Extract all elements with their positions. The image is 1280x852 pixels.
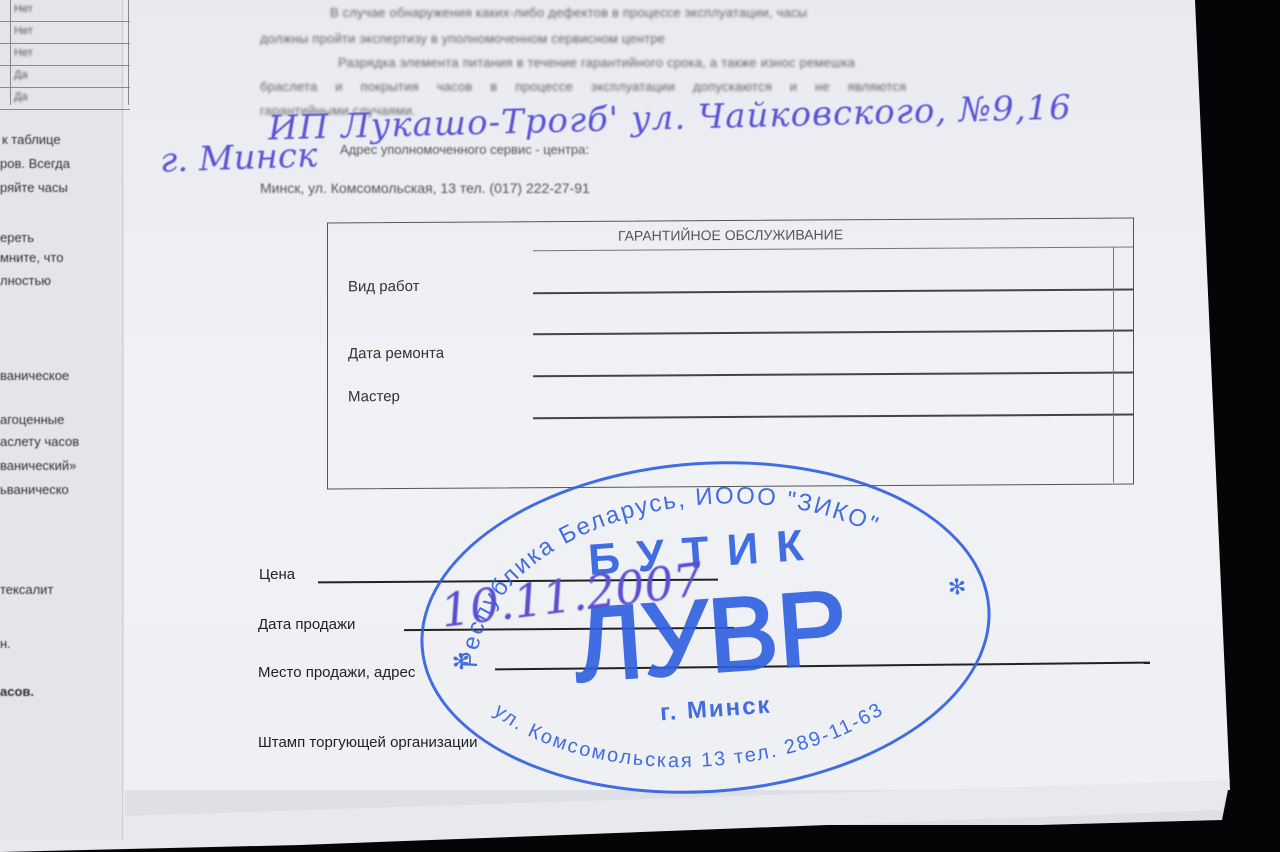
left-text: к таблице bbox=[2, 132, 61, 147]
left-text: ереть bbox=[0, 230, 34, 245]
table-row: Да bbox=[0, 88, 130, 110]
warranty-service-box: ГАРАНТИЙНОЕ ОБСЛУЖИВАНИЕ Вид работ Дата … bbox=[327, 218, 1134, 490]
stamp-asterisk-icon: ✻ bbox=[947, 574, 967, 600]
repair-date-label: Дата ремонта bbox=[348, 345, 444, 363]
paragraph-text: должны пройти экспертизу в уполномоченно… bbox=[260, 31, 665, 46]
left-text: ьваническо bbox=[0, 482, 69, 497]
service-center-address: Минск, ул. Комсомольская, 13 тел. (017) … bbox=[260, 180, 590, 196]
work-type-label: Вид работ bbox=[348, 278, 419, 295]
paragraph-text: В случае обнаружения каких-либо дефектов… bbox=[330, 5, 807, 20]
work-type-line[interactable] bbox=[533, 289, 1133, 294]
table-row: Нет bbox=[0, 22, 130, 44]
left-text: ряйте часы bbox=[0, 180, 68, 195]
handwritten-city: г. Минск bbox=[159, 135, 318, 180]
photo-scene: Нет Нет Нет Да Да к таблице ров. Всегда … bbox=[0, 0, 1280, 852]
sale-date-label: Дата продажи bbox=[258, 616, 355, 633]
left-text: аслету часов bbox=[0, 434, 79, 449]
left-text: ваническое bbox=[0, 368, 69, 383]
box-divider bbox=[533, 247, 1133, 252]
table-cell: Нет bbox=[14, 25, 33, 37]
master-label: Мастер bbox=[348, 388, 400, 405]
stamp-asterisk-icon: ✻ bbox=[451, 649, 471, 675]
table-border bbox=[128, 0, 129, 105]
sale-place-label: Место продажи, адрес bbox=[258, 664, 415, 681]
table-row: Нет bbox=[0, 0, 130, 22]
work-type-line-2[interactable] bbox=[533, 330, 1133, 335]
left-text: агоценные bbox=[0, 412, 64, 427]
master-line[interactable] bbox=[533, 414, 1133, 419]
left-text: тексалит bbox=[0, 582, 53, 597]
table-cell: Нет bbox=[14, 47, 33, 59]
price-label: Цена bbox=[259, 566, 295, 583]
table-border bbox=[10, 0, 11, 105]
paragraph-text: Разрядка элемента питания в течение гара… bbox=[338, 55, 855, 70]
table-cell: Да bbox=[14, 91, 28, 103]
table-cell: Да bbox=[14, 69, 28, 81]
table-cell: Нет bbox=[14, 3, 33, 15]
left-text: ров. Всегда bbox=[0, 156, 70, 171]
page-fold bbox=[122, 0, 125, 840]
left-text: н. bbox=[0, 636, 11, 651]
left-text: мните, что bbox=[0, 250, 63, 265]
left-text: асов. bbox=[0, 684, 34, 699]
paragraph-text: браслета и покрытия часов в процессе экс… bbox=[260, 79, 906, 94]
left-text: лностью bbox=[0, 273, 51, 288]
repair-date-line[interactable] bbox=[533, 372, 1133, 377]
left-text: ванический» bbox=[0, 458, 76, 473]
table-row: Да bbox=[0, 66, 130, 88]
left-table: Нет Нет Нет Да Да bbox=[0, 0, 130, 110]
warranty-service-title: ГАРАНТИЙНОЕ ОБСЛУЖИВАНИЕ bbox=[328, 225, 1133, 246]
table-row: Нет bbox=[0, 44, 130, 66]
box-divider bbox=[1113, 247, 1114, 483]
